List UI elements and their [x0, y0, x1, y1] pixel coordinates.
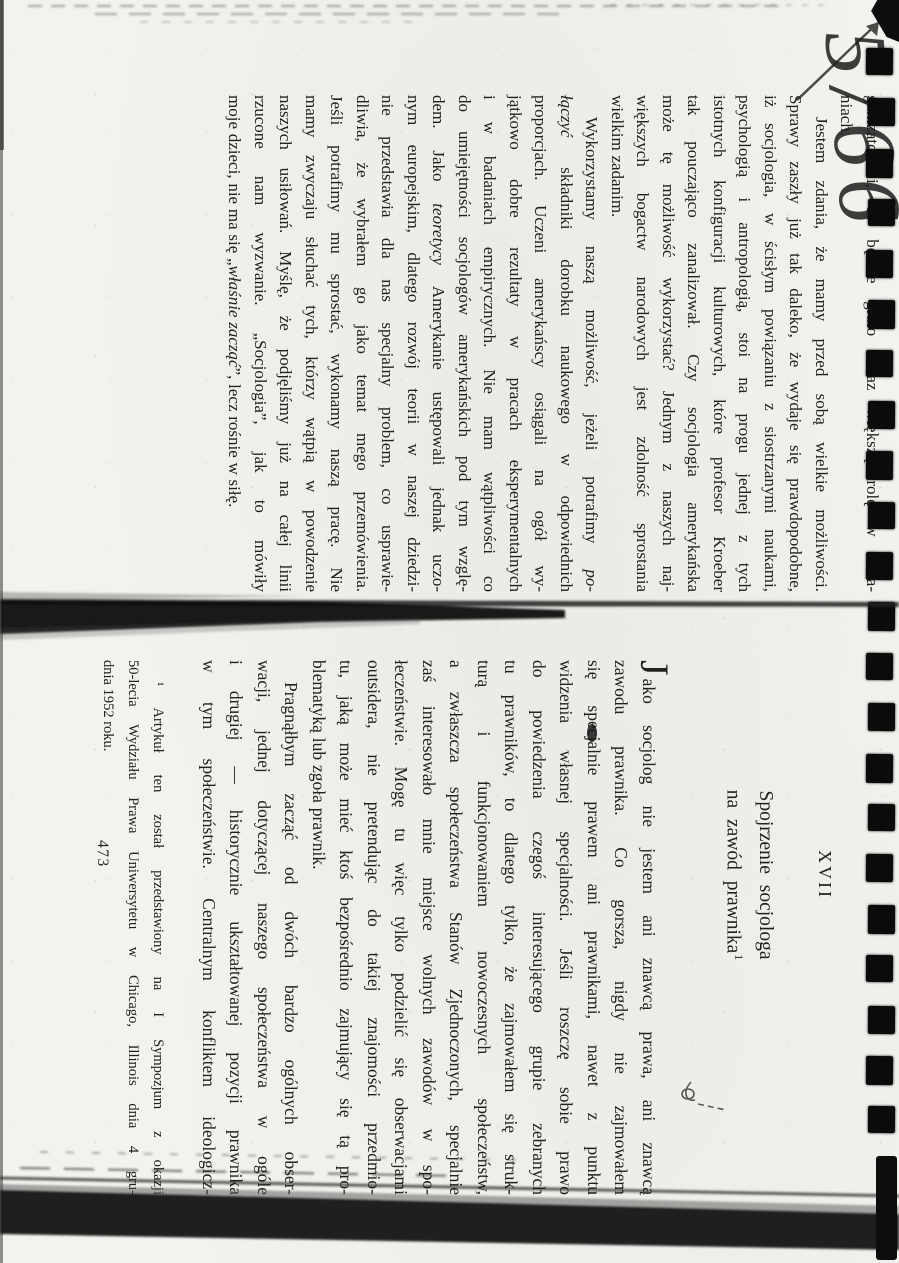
text-line: nym europejskim, dlatego rozwój teorii w…	[401, 95, 427, 592]
text-line: iż socjologia, w ścisłym powiązaniu z si…	[758, 95, 784, 592]
scanned-book-spread: 5/66 ganizatorami, co będzie grało coraz…	[0, 0, 899, 1263]
text-line: dem. Jako teoretycy Amerykanie ustępowal…	[426, 95, 452, 592]
text-line: do powiedzenia czegoś interesującego gru…	[525, 660, 553, 1195]
text-line: łączyć składniki dorobku naukowego w odp…	[554, 95, 580, 592]
text-line: tu, jaką może mieć ktoś bezpośrednio zaj…	[332, 660, 360, 1195]
text-line: psychologią i antropologią, stoi na prog…	[732, 95, 758, 592]
page-number: 473	[93, 840, 111, 868]
text-line: turą i funkcjonowaniem nowoczesnych społ…	[470, 660, 498, 1195]
text-line: wacji, jednej dotyczącej naszego społecz…	[250, 660, 278, 1195]
text-line: i w badaniach empirycznych. Nie mam wątp…	[477, 95, 503, 592]
text-line: dliwia, że wybrałem go jako temat mego p…	[350, 95, 376, 592]
chapter-title-line2: na zawód prawnika1	[720, 655, 753, 1095]
text-line: ¹ Artykuł ten został przedstawiony na I …	[145, 660, 170, 1195]
text-line: rzucone nam wyzwanie. „Socjologia”, jak …	[248, 95, 274, 592]
text-line: wielkim zadanim.	[605, 95, 631, 592]
text-line: może tę możliwość wykorzystać? Jednym z …	[656, 95, 682, 592]
text-line: większych bogactw narodowych jest zdolno…	[630, 95, 656, 592]
text-line: blematyką lub zgoła prawnik.	[305, 660, 333, 1195]
text-line: jątkowo dobre rezultaty w pracach eksper…	[503, 95, 529, 592]
text-line: nie przedstawia dla nas specjalny proble…	[375, 95, 401, 592]
text-line: a zwłaszcza społeczeństwa Stanów Zjednoc…	[442, 660, 470, 1195]
text-line: Jako socjolog nie jestem ani znawcą praw…	[635, 660, 663, 1195]
text-line: 50-lecia Wydziału Prawa Uniwersytetu w C…	[120, 660, 145, 1195]
text-line: tu prawników, to dlatego tylko, że zajmo…	[497, 660, 525, 1195]
text-line: zaś interesowało mnie miejsce wolnych za…	[415, 660, 443, 1195]
text-line: widzenia własnej specjalności. Jeśli ros…	[552, 660, 580, 1195]
page-left-text: ganizatorami, co będzie grało coraz więk…	[222, 95, 885, 592]
chapter-title-line1: Spojrzenie socjologa	[752, 655, 779, 1095]
text-line: łeczeństwie. Mogę tu więc tylko podzieli…	[387, 660, 415, 1195]
text-line: naszych usiłowań. Myślę, że podjęliśmy j…	[273, 95, 299, 592]
page-right-text: Jako socjolog nie jestem ani znawcą praw…	[195, 660, 663, 1195]
text-line: Jeśli potrafimy mu sprostać, wykonamy na…	[324, 95, 350, 592]
text-line: proporcjach. Uczeni amerykańscy osiągali…	[528, 95, 554, 592]
text-line: w tym społeczeństwie. Centralnym konflik…	[195, 660, 223, 1195]
drop-cap-letter: J	[632, 660, 677, 676]
text-line: zawodu prawnika. Co gorsza, nigdy nie za…	[607, 660, 635, 1195]
book-spread-rotated: 5/66 ganizatorami, co będzie grało coraz…	[0, 0, 899, 1263]
footnote-text: ¹ Artykuł ten został przedstawiony na I …	[95, 660, 170, 1195]
text-line: Wykorzystamy naszą możliwość, jeżeli pot…	[579, 95, 605, 592]
text-line: Sprawy zaszły już tak daleko, że wydaje …	[783, 95, 809, 592]
text-line: tak pouczająco zanalizował. Czy socjolog…	[681, 95, 707, 592]
text-line: moje dzieci, nie ma się „właśnie zacząć”…	[222, 95, 248, 592]
chapter-number: XVII	[814, 655, 835, 1095]
text-line: istotnych konfiguracji kulturowych, któr…	[707, 95, 733, 592]
text-line: dnia 1952 roku.	[95, 660, 120, 1195]
text-line: i drugiej — historycznie ukształtowanej …	[222, 660, 250, 1195]
text-line: do umiejętności socjologów amerykańskich…	[452, 95, 478, 592]
text-line: outsidera, nie pretendując do takiej zna…	[360, 660, 388, 1195]
footnote-reference: 1	[732, 954, 746, 960]
text-line: się specjalnie prawem ani prawnikami, na…	[580, 660, 608, 1195]
text-line: Pragnąłbym zacząć od dwóch bardzo ogólny…	[277, 660, 305, 1195]
chapter-title: Spojrzenie socjologa na zawód prawnika1	[720, 655, 780, 1095]
text-line: mamy zwyczaju słuchać tych, którzy wątpi…	[299, 95, 325, 592]
